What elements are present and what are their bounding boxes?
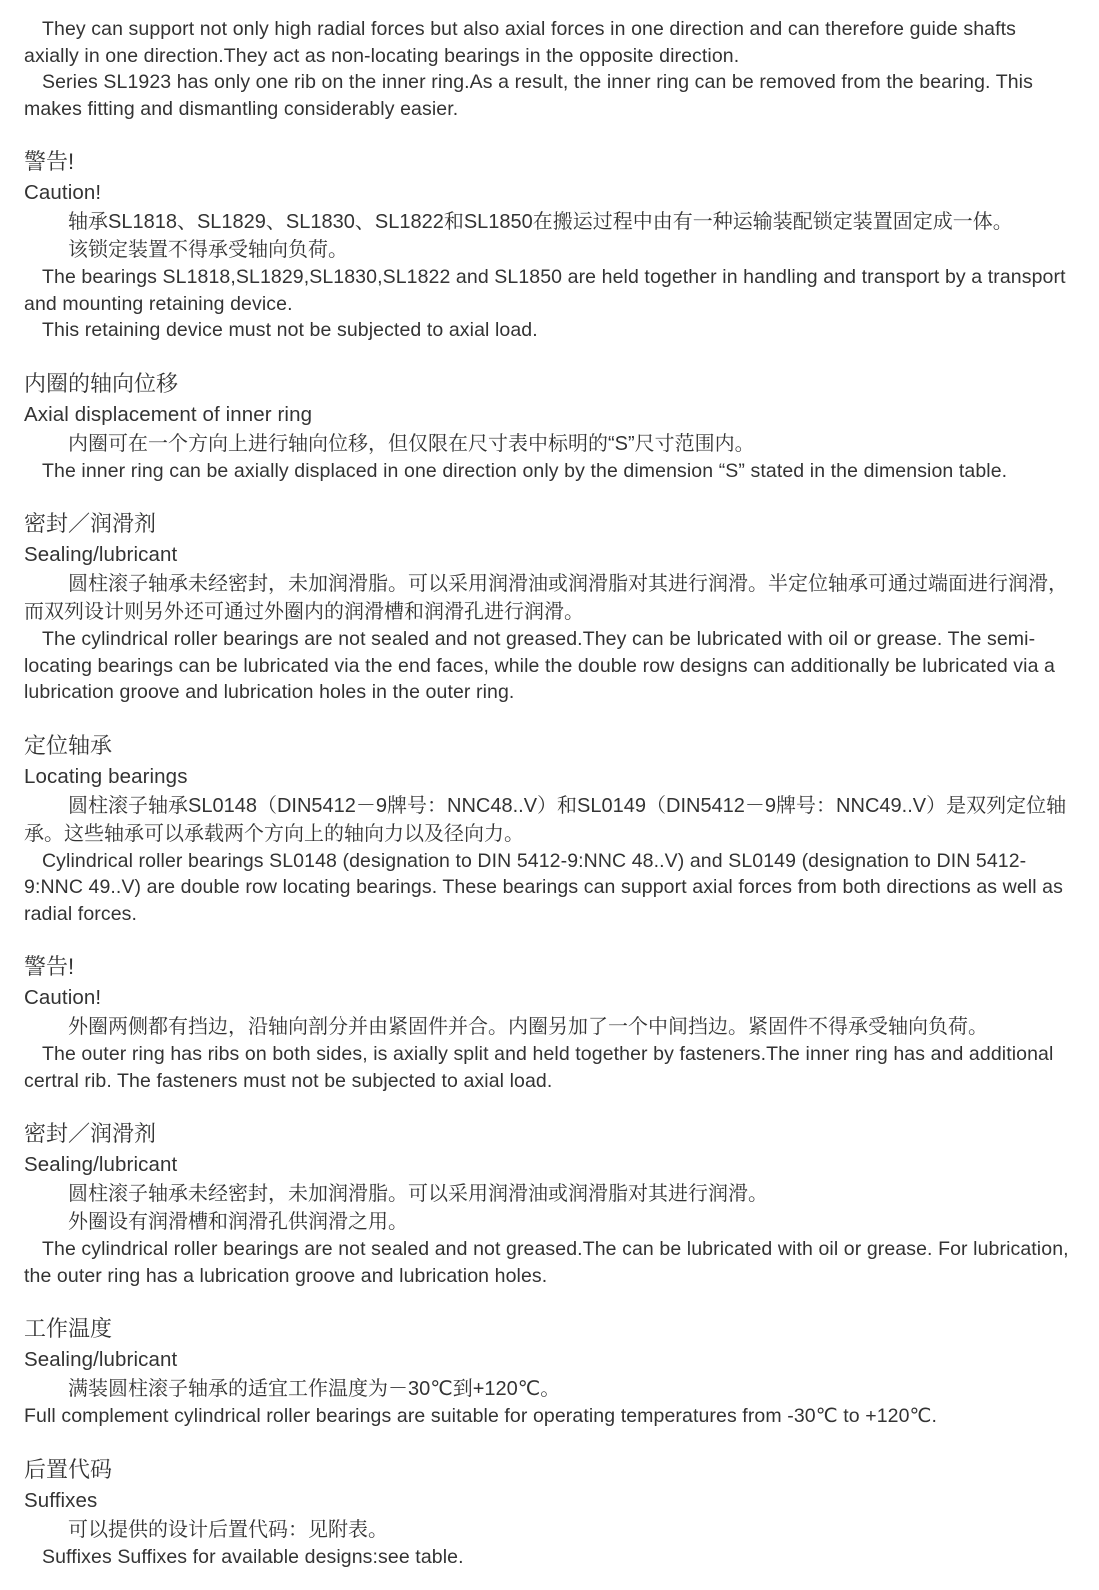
section-heading-en: Sealing/lubricant <box>24 1344 1075 1375</box>
section-axial-displacement: 内圈的轴向位移 Axial displacement of inner ring… <box>24 368 1075 485</box>
section-operating-temperature: 工作温度 Sealing/lubricant 满装圆柱滚子轴承的适宜工作温度为－… <box>24 1313 1075 1430</box>
section-heading-cn: 警告! <box>24 146 1075 177</box>
paragraph-en: The cylindrical roller bearings are not … <box>24 1236 1075 1289</box>
section-heading-cn: 工作温度 <box>24 1313 1075 1344</box>
section-heading-cn: 密封／润滑剂 <box>24 1118 1075 1149</box>
paragraph-cn: 圆柱滚子轴承未经密封，未加润滑脂。可以采用润滑油或润滑脂对其进行润滑。 <box>24 1180 1075 1208</box>
paragraph-en: Suffixes Suffixes for available designs:… <box>24 1544 1075 1571</box>
paragraph-en: Cylindrical roller bearings SL0148 (desi… <box>24 848 1075 928</box>
section-locating-bearings: 定位轴承 Locating bearings 圆柱滚子轴承SL0148（DIN5… <box>24 730 1075 928</box>
paragraph-cn: 该锁定装置不得承受轴向负荷。 <box>24 236 1075 264</box>
paragraph-cn: 外圈两侧都有挡边，沿轴向剖分并由紧固件并合。内圈另加了一个中间挡边。紧固件不得承… <box>24 1013 1075 1041</box>
paragraph-en: The outer ring has ribs on both sides, i… <box>24 1041 1075 1094</box>
section-caution-1: 警告! Caution! 轴承SL1818、SL1829、SL1830、SL18… <box>24 146 1075 344</box>
section-sealing-lubricant-1: 密封／润滑剂 Sealing/lubricant 圆柱滚子轴承未经密封，未加润滑… <box>24 508 1075 706</box>
paragraph-en: The inner ring can be axially displaced … <box>24 458 1075 485</box>
paragraph-en: The cylindrical roller bearings are not … <box>24 626 1075 706</box>
paragraph-cn: 可以提供的设计后置代码：见附表。 <box>24 1516 1075 1544</box>
section-heading-en: Locating bearings <box>24 761 1075 792</box>
section-heading-en: Caution! <box>24 177 1075 208</box>
section-heading-cn: 后置代码 <box>24 1454 1075 1485</box>
section-sealing-lubricant-2: 密封／润滑剂 Sealing/lubricant 圆柱滚子轴承未经密封，未加润滑… <box>24 1118 1075 1289</box>
section-heading-cn: 警告! <box>24 951 1075 982</box>
section-heading-cn: 内圈的轴向位移 <box>24 368 1075 399</box>
intro-paragraph-1: They can support not only high radial fo… <box>24 16 1075 69</box>
section-heading-cn: 定位轴承 <box>24 730 1075 761</box>
document-page: They can support not only high radial fo… <box>0 0 1099 1590</box>
section-heading-en: Suffixes <box>24 1485 1075 1516</box>
paragraph-en: The bearings SL1818,SL1829,SL1830,SL1822… <box>24 264 1075 317</box>
section-suffixes: 后置代码 Suffixes 可以提供的设计后置代码：见附表。 Suffixes … <box>24 1454 1075 1571</box>
section-caution-2: 警告! Caution! 外圈两侧都有挡边，沿轴向剖分并由紧固件并合。内圈另加了… <box>24 951 1075 1094</box>
paragraph-cn: 满装圆柱滚子轴承的适宜工作温度为－30℃到+120℃。 <box>24 1375 1075 1403</box>
paragraph-en: Full complement cylindrical roller beari… <box>24 1403 1075 1430</box>
paragraph-en: This retaining device must not be subjec… <box>24 317 1075 344</box>
paragraph-cn: 圆柱滚子轴承未经密封，未加润滑脂。可以采用润滑油或润滑脂对其进行润滑。半定位轴承… <box>24 570 1075 626</box>
paragraph-cn: 轴承SL1818、SL1829、SL1830、SL1822和SL1850在搬运过… <box>24 208 1075 236</box>
section-heading-cn: 密封／润滑剂 <box>24 508 1075 539</box>
section-heading-en: Axial displacement of inner ring <box>24 399 1075 430</box>
paragraph-cn: 内圈可在一个方向上进行轴向位移，但仅限在尺寸表中标明的“S”尺寸范围内。 <box>24 430 1075 458</box>
section-heading-en: Sealing/lubricant <box>24 539 1075 570</box>
paragraph-cn: 外圈设有润滑槽和润滑孔供润滑之用。 <box>24 1208 1075 1236</box>
paragraph-cn: 圆柱滚子轴承SL0148（DIN5412－9牌号：NNC48..V）和SL014… <box>24 792 1075 848</box>
section-heading-en: Sealing/lubricant <box>24 1149 1075 1180</box>
section-heading-en: Caution! <box>24 982 1075 1013</box>
intro-paragraph-2: Series SL1923 has only one rib on the in… <box>24 69 1075 122</box>
